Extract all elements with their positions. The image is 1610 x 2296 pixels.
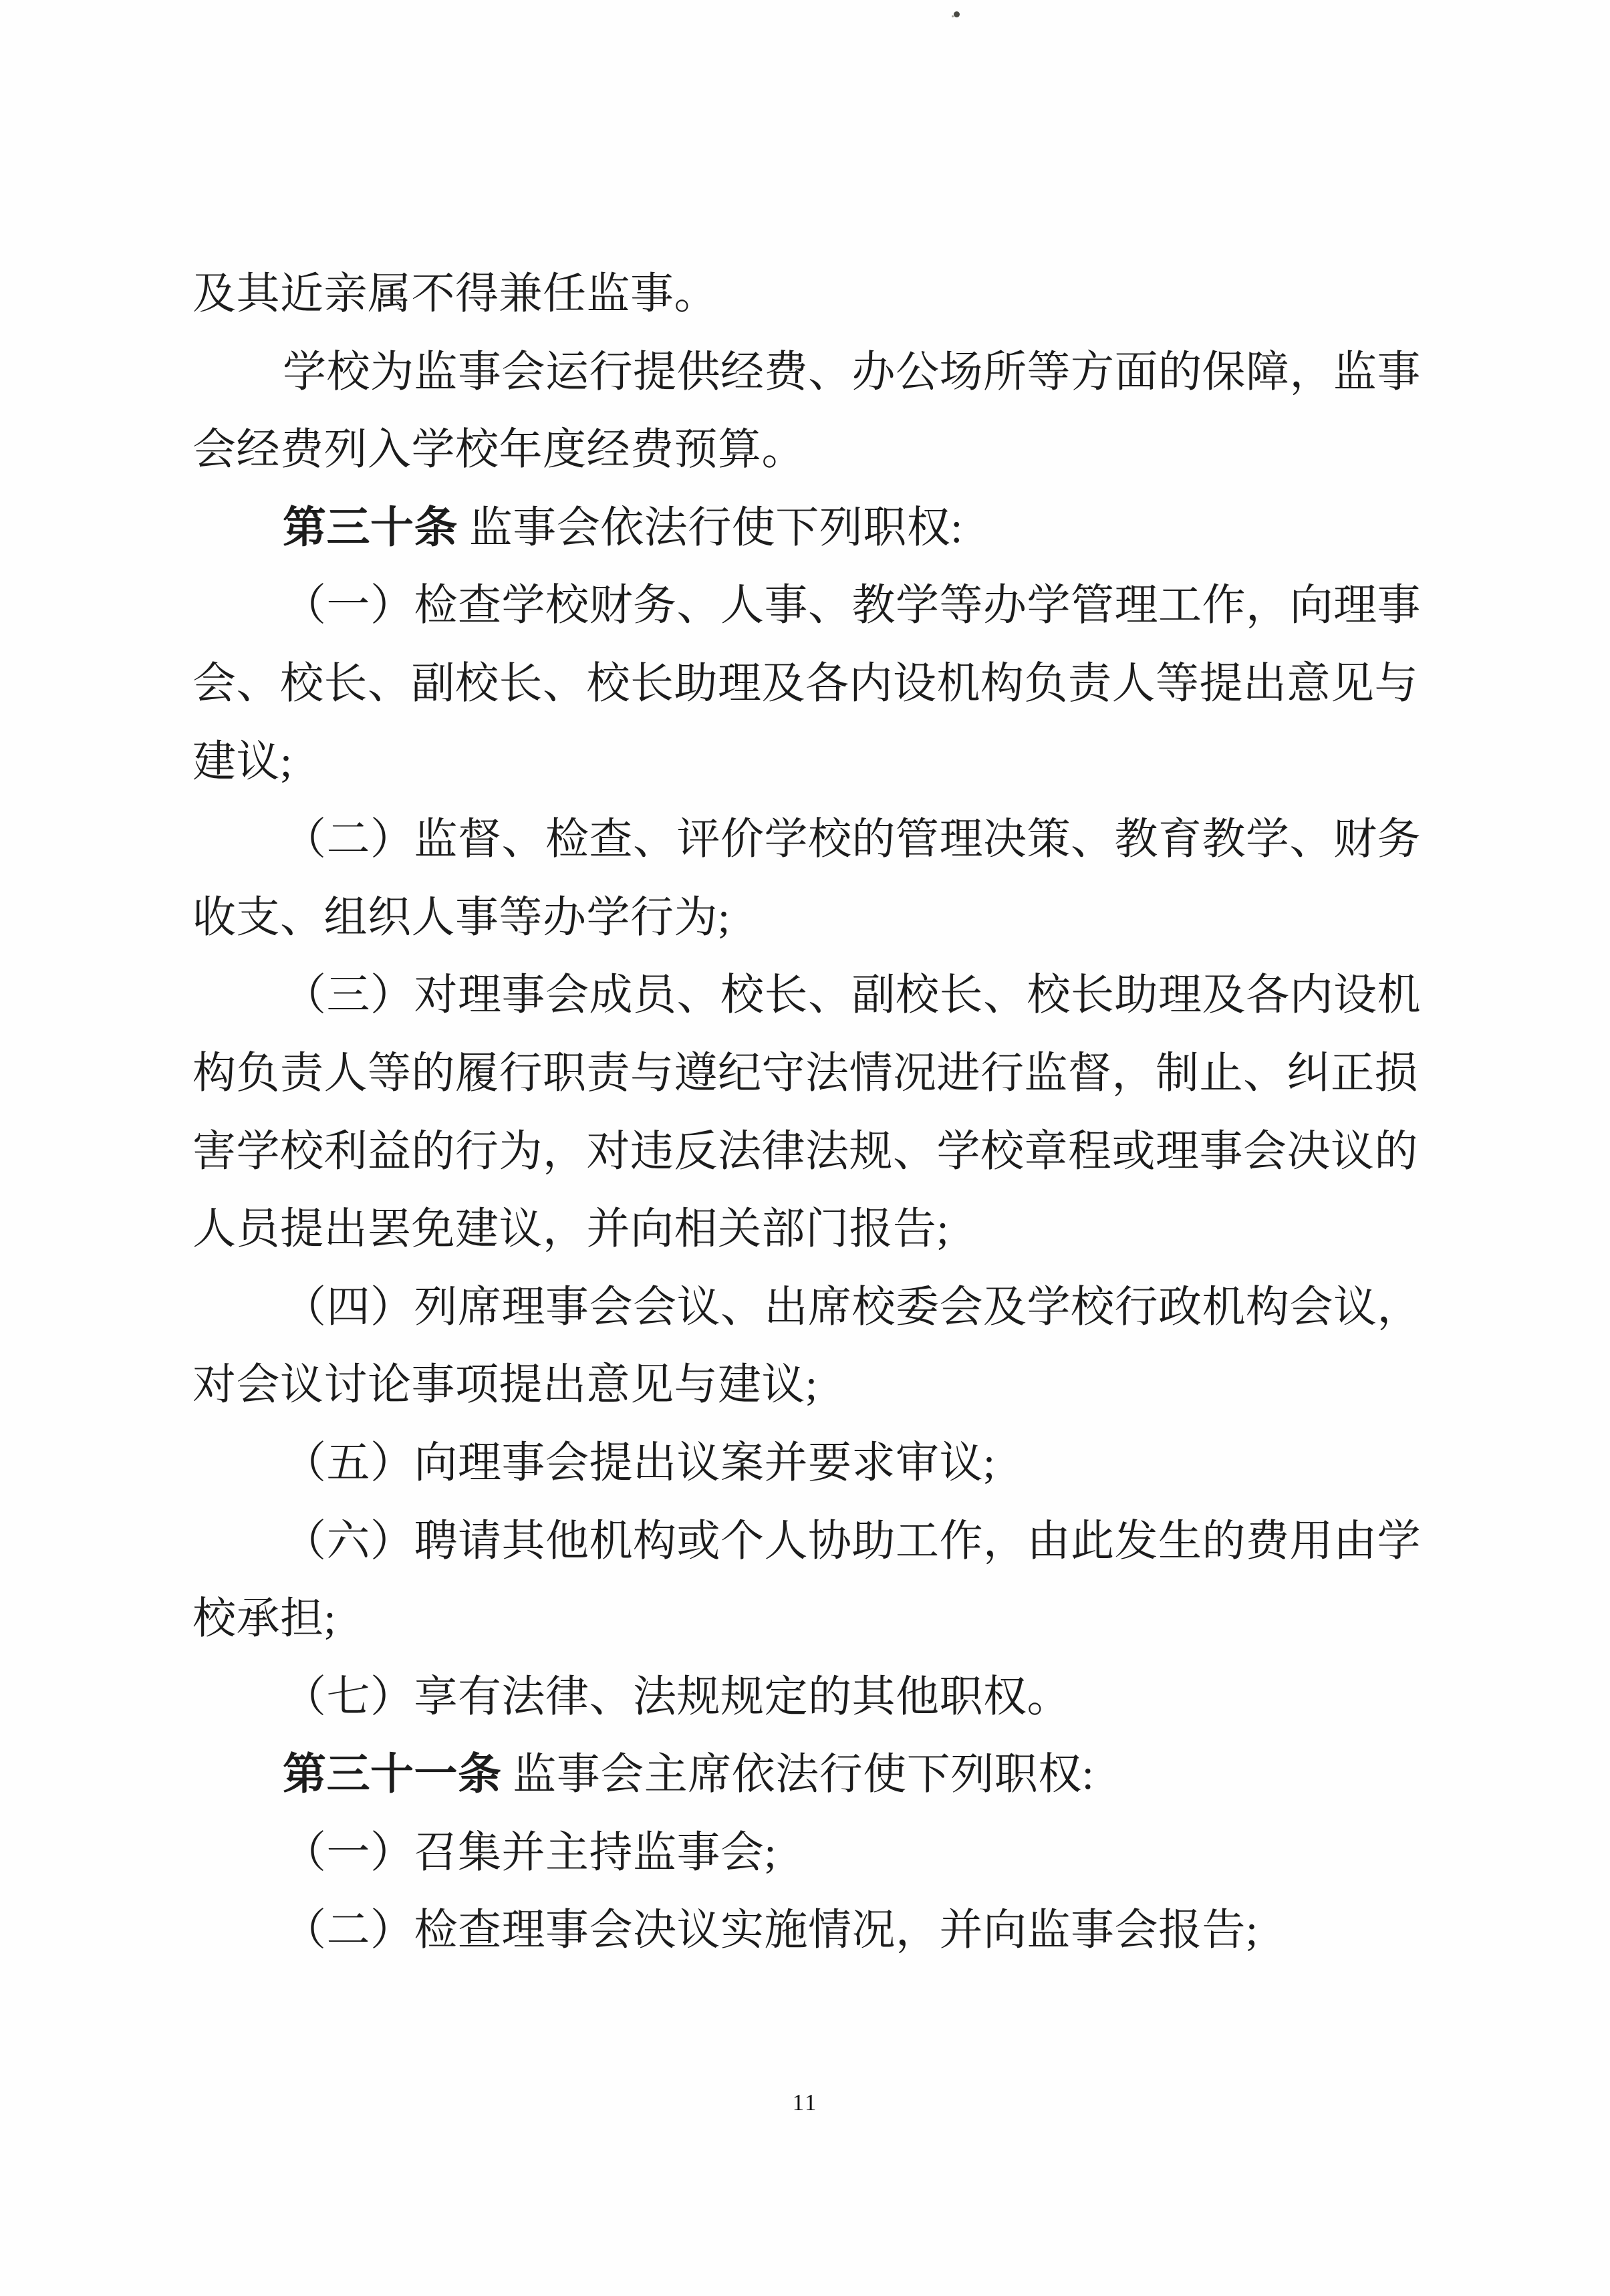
line-text: 校承担; [192,1595,336,1643]
text-line-article-heading: 第三十条 监事会依法行使下列职权: [192,489,1417,567]
line-text: 监事会主席依法行使下列职权: [502,1751,1095,1799]
text-line: 会经费列入学校年度经费预算。 [192,411,1417,489]
article-number: 第三十条 [283,504,458,552]
text-line: 学校为监事会运行提供经费、办公场所等方面的保障，监事 [192,334,1417,412]
text-line: （五）向理事会提出议案并要求审议; [192,1424,1417,1503]
text-line-article-heading: 第三十一条 监事会主席依法行使下列职权: [192,1736,1417,1814]
text-line: （七）享有法律、法规规定的其他职权。 [192,1658,1417,1737]
text-line: 对会议讨论事项提出意见与建议; [192,1346,1417,1424]
line-text: （二）监督、检查、评价学校的管理决策、教育教学、财务 [283,815,1421,864]
text-line: （一）检查学校财务、人事、教学等办学管理工作，向理事 [192,567,1417,645]
text-line: 构负责人等的履行职责与遵纪守法情况进行监督，制止、纠正损 [192,1035,1417,1113]
line-text: 收支、组织人事等办学行为; [192,894,730,942]
text-line: （六）聘请其他机构或个人协助工作，由此发生的费用由学 [192,1503,1417,1581]
line-text: （二）检查理事会决议实施情况，并向监事会报告; [283,1906,1258,1954]
line-text: （六）聘请其他机构或个人协助工作，由此发生的费用由学 [283,1517,1421,1565]
page-number: 11 [0,2089,1610,2116]
line-text: 人员提出罢免建议，并向相关部门报告; [192,1205,949,1253]
text-line: （四）列席理事会会议、出席校委会及学校行政机构会议， [192,1269,1417,1347]
text-line: （三）对理事会成员、校长、副校长、校长助理及各内设机 [192,956,1417,1035]
line-text: （五）向理事会提出议案并要求审议; [283,1439,996,1487]
text-line: 校承担; [192,1580,1417,1658]
text-line: 收支、组织人事等办学行为; [192,879,1417,957]
line-text: 对会议讨论事项提出意见与建议; [192,1361,818,1409]
line-text: 会经费列入学校年度经费预算。 [192,426,805,474]
document-body: 及其近亲属不得兼任监事。 学校为监事会运行提供经费、办公场所等方面的保障，监事 … [192,255,1417,1970]
line-text: 及其近亲属不得兼任监事。 [192,270,718,318]
article-number: 第三十一条 [283,1751,502,1799]
line-text: （一）检查学校财务、人事、教学等办学管理工作，向理事 [283,582,1421,630]
scan-speck-dot [954,11,960,17]
document-page: 及其近亲属不得兼任监事。 学校为监事会运行提供经费、办公场所等方面的保障，监事 … [0,0,1610,2296]
line-text: 会、校长、副校长、校长助理及各内设机构负责人等提出意见与 [192,660,1418,708]
line-text: （四）列席理事会会议、出席校委会及学校行政机构会议， [283,1283,1421,1331]
line-text: （七）享有法律、法规规定的其他职权。 [283,1673,1071,1721]
text-line: 会、校长、副校长、校长助理及各内设机构负责人等提出意见与 [192,645,1417,723]
line-text: 学校为监事会运行提供经费、办公场所等方面的保障，监事 [283,348,1421,396]
line-text: （一）召集并主持监事会; [283,1829,777,1877]
text-line: 及其近亲属不得兼任监事。 [192,255,1417,334]
line-text: 构负责人等的履行职责与遵纪守法情况进行监督，制止、纠正损 [192,1049,1418,1098]
text-line: 建议; [192,723,1417,801]
text-line: （一）召集并主持监事会; [192,1814,1417,1892]
line-text: 建议; [192,738,293,786]
text-line: （二）检查理事会决议实施情况，并向监事会报告; [192,1892,1417,1970]
text-line: 害学校利益的行为，对违反法律法规、学校章程或理事会决议的 [192,1113,1417,1191]
text-line: （二）监督、检查、评价学校的管理决策、教育教学、财务 [192,801,1417,879]
line-text: 害学校利益的行为，对违反法律法规、学校章程或理事会决议的 [192,1128,1418,1176]
text-line: 人员提出罢免建议，并向相关部门报告; [192,1190,1417,1269]
line-text: （三）对理事会成员、校长、副校长、校长助理及各内设机 [283,971,1421,1019]
line-text: 监事会依法行使下列职权: [458,504,963,552]
